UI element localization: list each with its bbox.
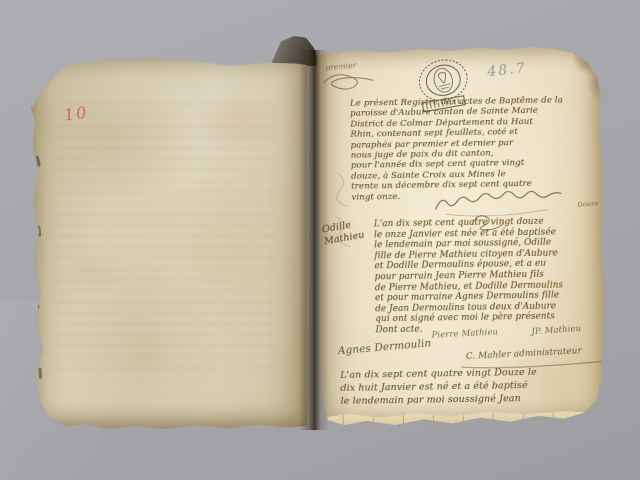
folio-number-red: 10: [63, 102, 90, 124]
paraph-flourish-icon: [321, 70, 377, 91]
signature: JP. Mathieu: [531, 324, 581, 337]
left-page: 10: [28, 56, 307, 429]
scan-background: 10 premier 48.7 Le: [0, 0, 640, 480]
right-page: premier 48.7 Le présent Registre des act…: [315, 45, 607, 429]
signature: Pierre Mathieu: [431, 327, 498, 340]
stitch-mark: [36, 156, 41, 167]
stitch-mark: [39, 368, 42, 379]
book-gutter: [299, 50, 329, 430]
pencil-cote-number: 48.7: [487, 60, 528, 80]
stitch-mark: [38, 226, 42, 237]
signature: Agnes Dermoulin: [337, 337, 431, 357]
ink-ghost-mark: [331, 169, 358, 259]
deckle-edge: [326, 410, 598, 429]
bleed-through-texture: [56, 101, 274, 370]
next-act-entry: L'an dix sept cent quatre vingt Douze le…: [340, 365, 597, 408]
text-line: le lendemain par moi soussigné Jean: [340, 391, 596, 408]
baptism-act-entry: L'an dix sept cent quatre vingt douze le…: [374, 216, 606, 336]
marginal-word: Douze: [577, 199, 599, 209]
registre-declaration: Le présent Registre des actes de Baptême…: [350, 95, 578, 203]
stitch-mark: [35, 298, 39, 309]
